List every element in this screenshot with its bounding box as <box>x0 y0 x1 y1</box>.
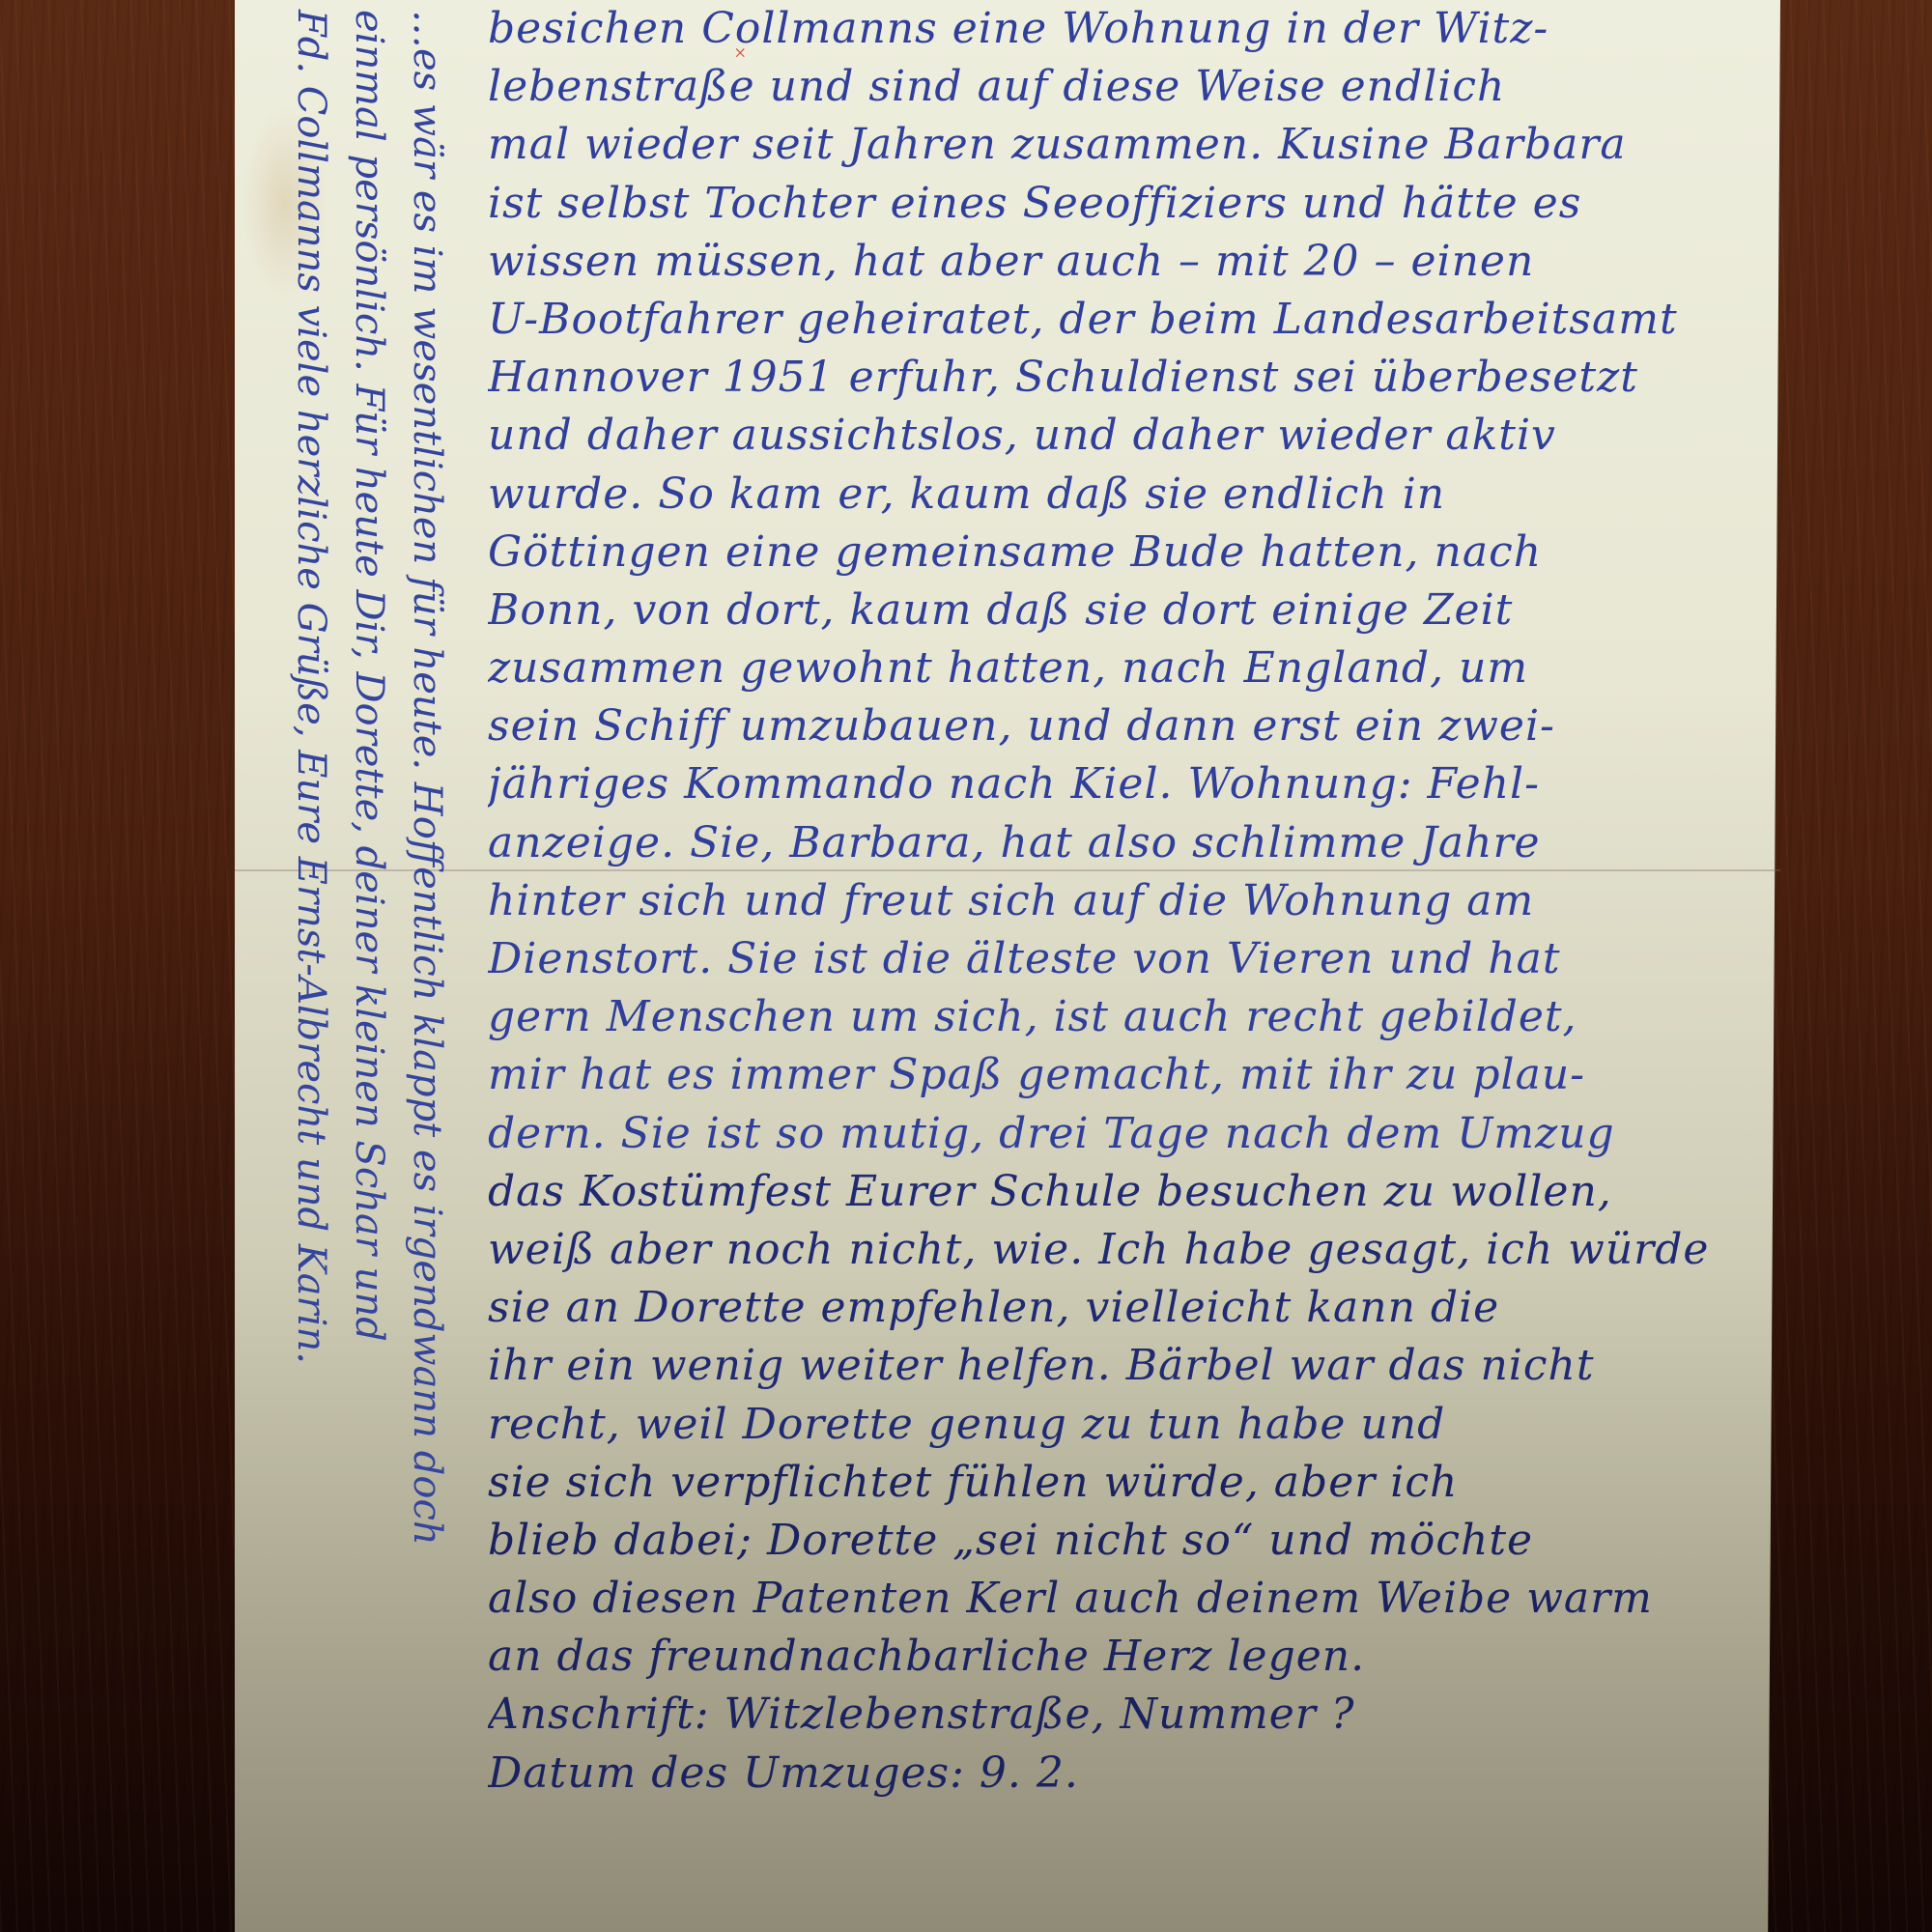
body-line-31-move-date: Datum des Umzuges: 9. 2. <box>488 1745 1734 1803</box>
body-line-11: Bonn, von dort, kaum daß sie dort einige… <box>488 582 1734 639</box>
red-correction-mark: × <box>734 41 746 66</box>
body-line-4: ist selbst Tochter eines Seeoffiziers un… <box>488 175 1734 233</box>
body-line-28: also diesen Patenten Kerl auch deinem We… <box>488 1570 1734 1628</box>
body-line-26: sie sich verpflichtet fühlen würde, aber… <box>488 1454 1734 1512</box>
body-line-23: sie an Dorette empfehlen, vielleicht kan… <box>488 1279 1734 1337</box>
margin-note-column-3: Fd. Collmanns viele herzliche Grüße, Eur… <box>289 10 333 1364</box>
margin-note-column-2: einmal persönlich. Für heute Dir, Dorett… <box>347 10 391 1342</box>
body-line-30-address: Anschrift: Witzlebenstraße, Nummer ? <box>488 1686 1734 1744</box>
body-line-25: recht, weil Dorette genug zu tun habe un… <box>488 1396 1734 1454</box>
body-line-2: lebenstraße und sind auf diese Weise end… <box>488 58 1734 116</box>
body-line-8: und daher aussichtslos, und daher wieder… <box>488 407 1734 465</box>
body-line-14: jähriges Kommando nach Kiel. Wohnung: Fe… <box>488 755 1734 813</box>
letter-body: besichen Collmanns eine Wohnung in der W… <box>488 0 1734 1803</box>
body-line-7: Hannover 1951 erfuhr, Schuldienst sei üb… <box>488 349 1734 407</box>
body-line-20: dern. Sie ist so mutig, drei Tage nach d… <box>488 1105 1734 1163</box>
body-line-24: ihr ein wenig weiter helfen. Bärbel war … <box>488 1337 1734 1395</box>
body-line-22: weiß aber noch nicht, wie. Ich habe gesa… <box>488 1221 1734 1279</box>
body-line-6: U-Bootfahrer geheiratet, der beim Landes… <box>488 291 1734 349</box>
margin-note-column-1: …es wär es im wesentlichen für heute. Ho… <box>405 10 449 1546</box>
body-line-9: wurde. So kam er, kaum daß sie endlich i… <box>488 466 1734 524</box>
body-line-10: Göttingen eine gemeinsame Bude hatten, n… <box>488 524 1734 582</box>
body-line-17: Dienstort. Sie ist die älteste von Viere… <box>488 930 1734 988</box>
body-line-13: sein Schiff umzubauen, und dann erst ein… <box>488 697 1734 755</box>
body-line-21: das Kostümfest Eurer Schule besuchen zu … <box>488 1163 1734 1221</box>
body-line-27: blieb dabei; Dorette „sei nicht so“ und … <box>488 1512 1734 1570</box>
body-line-12: zusammen gewohnt hatten, nach England, u… <box>488 639 1734 697</box>
body-line-2-text: lebenstraße und sind auf diese Weise end… <box>488 62 1505 111</box>
body-line-5: wissen müssen, hat aber auch – mit 20 – … <box>488 233 1734 291</box>
body-line-29: an das freundnachbarliche Herz legen. <box>488 1628 1734 1686</box>
body-line-19: mir hat es immer Spaß gemacht, mit ihr z… <box>488 1046 1734 1104</box>
body-line-18: gern Menschen um sich, ist auch recht ge… <box>488 988 1734 1046</box>
body-line-16: hinter sich und freut sich auf die Wohnu… <box>488 872 1734 930</box>
body-line-1: besichen Collmanns eine Wohnung in der W… <box>488 0 1734 58</box>
body-line-15: anzeige. Sie, Barbara, hat also schlimme… <box>488 814 1734 872</box>
body-line-3: mal wieder seit Jahren zusammen. Kusine … <box>488 116 1734 174</box>
